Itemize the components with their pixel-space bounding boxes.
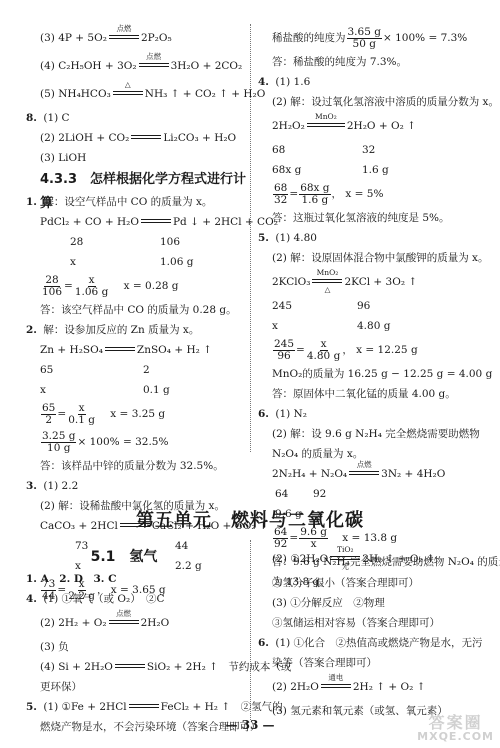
q2-answer: 答：该样品中锌的质量分数为 32.5%。 bbox=[0, 456, 248, 476]
reaction-arrow: 通电 bbox=[321, 684, 351, 690]
reaction-arrow: 点燃 bbox=[109, 35, 139, 41]
reaction-arrow: 点燃 bbox=[139, 63, 169, 69]
q4-a1: 4. (1) ①氧气（或 O₂） ②C bbox=[0, 589, 248, 609]
q2-proportion: 652=x0.1 g x = 3.25 g bbox=[0, 400, 248, 428]
q6-a1b: 染等（答案合理即可） bbox=[250, 653, 500, 673]
q7-3-equation: (3) 4P + 5O₂点燃2P₂O₅ bbox=[0, 24, 248, 52]
q5-a1: 5. (1) 4.80 bbox=[250, 228, 500, 248]
watermark-logo: 答案圈 MXQE.COM bbox=[417, 716, 494, 744]
equals-sign bbox=[129, 704, 159, 710]
reaction-arrow: 点燃 bbox=[349, 471, 379, 477]
q4-a3: (3) 负 bbox=[0, 637, 248, 657]
q1-row2: x1.06 g bbox=[0, 252, 248, 272]
q6-equation: 2N₂H₄ + N₂O₄点燃3N₂ + 4H₂O bbox=[250, 464, 500, 484]
q5-proportion: 24596=x4.80 g， x = 12.25 g bbox=[250, 336, 500, 364]
q1-equation: PdCl₂ + CO + H₂OPd ↓ + 2HCl + CO₂ bbox=[0, 212, 248, 232]
reaction-arrow: MnO₂ bbox=[307, 123, 345, 129]
q1-intro: 1. 解：设空气样品中 CO 的质量为 x。 bbox=[0, 192, 248, 212]
equals-sign bbox=[131, 135, 161, 141]
reaction-arrow: △ bbox=[113, 91, 143, 97]
q5-equation: 2KClO₃MnO₂△2KCl + 3O₂ ↑ bbox=[250, 268, 500, 296]
q4-a1: 4. (1) 1.6 bbox=[250, 72, 500, 92]
q5-a2b: ②氢分子很小（答案合理即可） bbox=[250, 573, 500, 593]
reaction-arrow: MnO₂△ bbox=[312, 279, 342, 285]
q7-4-equation: (4) C₂H₅OH + 3O₂点燃3H₂O + 2CO₂ bbox=[0, 52, 248, 80]
q2-row1: 652 bbox=[0, 360, 248, 380]
q1-proportion: 28106=x1.06 g x = 0.28 g bbox=[0, 272, 248, 300]
q4-a4-cont: 更环保） bbox=[0, 677, 248, 697]
q6-a1: 6. (1) N₂ bbox=[250, 404, 500, 424]
q6-intro-1: (2) 解：设 9.6 g N₂H₄ 完全燃烧需要助燃物 bbox=[250, 424, 500, 444]
q4-equation: 2H₂O₂MnO₂2H₂O + O₂ ↑ bbox=[250, 112, 500, 140]
q5-a2: (2) ①2H₂OTiO₂光2H₂ ↑ + O₂ ↑ bbox=[250, 545, 500, 573]
equals-sign bbox=[105, 347, 135, 353]
q4-answer: 答：这瓶过氧化氢溶液的纯度是 5%。 bbox=[250, 208, 500, 228]
q5-mno2-mass: MnO₂的质量为 16.25 g − 12.25 g = 4.00 g bbox=[250, 364, 500, 384]
reaction-arrow: 点燃 bbox=[109, 620, 139, 626]
q2-equation: Zn + H₂SO₄ZnSO₄ + H₂ ↑ bbox=[0, 340, 248, 360]
q4-proportion: 6832=68x g1.6 g， x = 5% bbox=[250, 180, 500, 208]
q1-answer: 答：该空气样品中 CO 的质量为 0.28 g。 bbox=[0, 300, 248, 320]
q2-intro: 2. 解：设参加反应的 Zn 质量为 x。 bbox=[0, 320, 248, 340]
left-column-bottom: 5.1 氢气 1. A 2. D 3. C 4. (1) ①氧气（或 O₂） ②… bbox=[0, 545, 248, 737]
q3-answer: 答：稀盐酸的纯度为 7.3%。 bbox=[250, 52, 500, 72]
q8-a1: 8. (1) C bbox=[0, 108, 248, 128]
q1-row1: 28106 bbox=[0, 232, 248, 252]
q8-a3: (3) LiOH bbox=[0, 148, 248, 168]
equals-sign bbox=[141, 219, 171, 225]
q6-a1: 6. (1) ①化合 ②热值高或燃烧产物是水，无污 bbox=[250, 633, 500, 653]
q4-intro: (2) 解：设过氧化氢溶液中溶质的质量分数为 x。 bbox=[250, 92, 500, 112]
q4-a4: (4) Si + 2H₂OSiO₂ + 2H₂ ↑ 节约成本（或 bbox=[0, 657, 248, 677]
q4-row2: 68x g1.6 g bbox=[250, 160, 500, 180]
q5-a3b: ③氢储运相对容易（答案合理即可） bbox=[250, 613, 500, 633]
q5-a3: (3) ①分解反应 ②物理 bbox=[250, 593, 500, 613]
unit-title: 第五单元 燃料与二氧化碳 bbox=[0, 506, 500, 532]
q7-5-equation: (5) NH₄HCO₃△NH₃ ↑ + CO₂ ↑ + H₂O bbox=[0, 80, 248, 108]
q6-row1: 6492 bbox=[250, 484, 500, 504]
q3-a1: 3. (1) 2.2 bbox=[0, 476, 248, 496]
equals-sign bbox=[115, 664, 145, 670]
q2-percentage: 3.25 g10 g× 100% = 32.5% bbox=[0, 428, 248, 456]
q3-purity: 稀盐酸的纯度为3.65 g50 g× 100% = 7.3% bbox=[250, 24, 500, 52]
q6-a2: (2) 2H₂O通电2H₂ ↑ + O₂ ↑ bbox=[250, 673, 500, 701]
q5-answer: 答：原固体中二氧化锰的质量 4.00 g。 bbox=[250, 384, 500, 404]
q5-row1: 24596 bbox=[250, 296, 500, 316]
q5-a1: 5. (1) ①Fe + 2HClFeCl₂ + H₂ ↑ ②氢气的 bbox=[0, 697, 248, 717]
q2-row2: x0.1 g bbox=[0, 380, 248, 400]
q4-a2: (2) 2H₂ + O₂点燃2H₂O bbox=[0, 609, 248, 637]
q5-intro: (2) 解：设原固体混合物中氯酸钾的质量为 x。 bbox=[250, 248, 500, 268]
q5-row2: x4.80 g bbox=[250, 316, 500, 336]
section-heading-5-1: 5.1 氢气 bbox=[0, 545, 248, 569]
section-heading-4-3-3: 4.3.3 怎样根据化学方程式进行计算 bbox=[0, 168, 248, 192]
right-column-bottom: (2) ①2H₂OTiO₂光2H₂ ↑ + O₂ ↑ ②氢分子很小（答案合理即可… bbox=[250, 545, 500, 721]
q1-3-answers: 1. A 2. D 3. C bbox=[0, 569, 248, 589]
reaction-arrow: TiO₂光 bbox=[330, 556, 360, 562]
q4-row1: 6832 bbox=[250, 140, 500, 160]
q8-a2: (2) 2LiOH + CO₂Li₂CO₃ + H₂O bbox=[0, 128, 248, 148]
